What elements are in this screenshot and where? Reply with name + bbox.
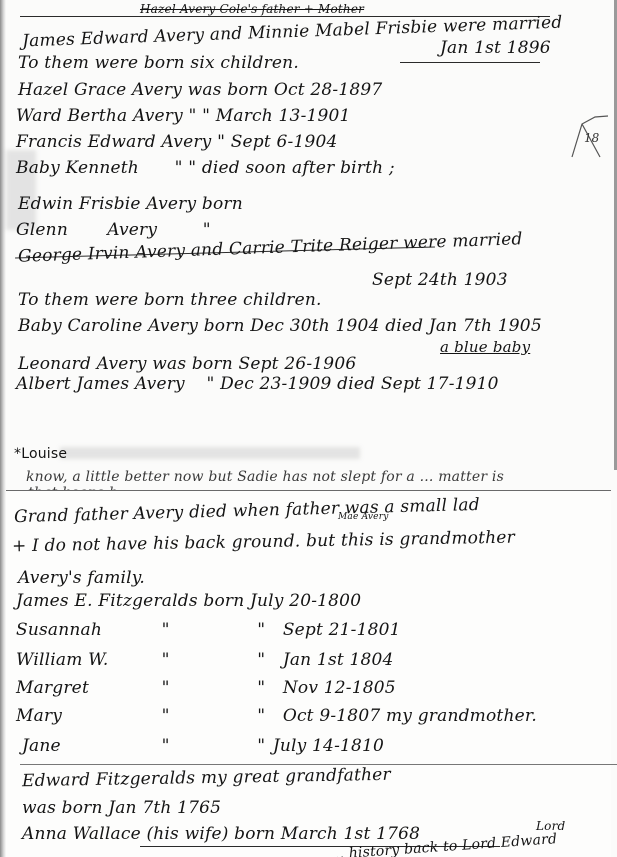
fitzgerald-row: Jane " " July 14-1810 (22, 738, 582, 755)
scan-smudge (60, 447, 360, 459)
header-note: Hazel Avery Cole's father + Mother (140, 3, 364, 15)
birth-date: Jan 1st 1804 (283, 650, 394, 670)
person-name: Mary (16, 708, 156, 725)
letter-fragment-line: know, a little better now but Sadie has … (26, 470, 504, 484)
blue-baby-note: a blue baby (440, 340, 530, 355)
child-name: Glenn Avery (16, 220, 157, 240)
child-row: Francis Edward Avery " Sept 6-1904 (16, 134, 338, 151)
ditto: " (162, 622, 252, 639)
ditto: " (257, 708, 277, 725)
marriage-date-1: Jan 1st 1896 (440, 40, 551, 57)
fitzgerald-row: Mary " " Oct 9-1807 my grandmother. (16, 708, 616, 725)
insert-word: Lord (536, 820, 565, 832)
child-detail: " Sept 6-1904 (217, 132, 337, 152)
louise-label: *Louise (14, 447, 67, 461)
child-detail: was born Sept 26-1906 (152, 354, 356, 374)
child-detail: " Dec 23-1909 died Sept 17-1910 (206, 374, 498, 394)
child-row: Edwin Frisbie Avery born (18, 196, 243, 213)
born-word: born (203, 591, 244, 611)
child-row: Leonard Avery was born Sept 26-1906 (18, 356, 356, 373)
child-name: Hazel Grace Avery (18, 80, 182, 100)
child-name: Leonard Avery (18, 354, 147, 374)
marriage-date-2: Sept 24th 1903 (372, 272, 508, 289)
birth-date: Sept 21-1801 (283, 620, 401, 640)
child-row: Albert James Avery " Dec 23-1909 died Se… (16, 376, 499, 393)
children-intro-1: To them were born six children. (18, 55, 299, 72)
relation-note: my grandmother. (386, 706, 537, 726)
child-row: Ward Bertha Avery " " March 13-1901 (16, 108, 351, 125)
child-row: Glenn Avery " (16, 222, 211, 239)
person-name: Jane (22, 738, 156, 755)
child-row: Hazel Grace Avery was born Oct 28-1897 (18, 82, 382, 99)
children-intro-2: To them were born three children. (18, 292, 322, 309)
ditto: " (257, 738, 267, 755)
paragraph-line: Avery's family. (18, 570, 145, 587)
ditto: " (257, 680, 277, 697)
child-detail: " " died soon after birth ; (175, 158, 395, 178)
child-row: Baby Kenneth " " died soon after birth ; (16, 160, 395, 177)
fitzgerald-row: William W. " " Jan 1st 1804 (16, 652, 576, 669)
child-row: Baby Caroline Avery born Dec 30th 1904 d… (18, 318, 542, 335)
person-name: William W. (16, 652, 156, 669)
underline (400, 62, 540, 63)
ditto: " (162, 652, 252, 669)
birth-date: July 20-1800 (250, 591, 361, 611)
fitzgerald-row: James E. Fitzgeralds born July 20-1800 (16, 593, 361, 610)
child-detail: " " March 13-1901 (189, 106, 351, 126)
insert-note: Mae Avery (338, 513, 389, 522)
birth-date: July 14-1810 (273, 736, 384, 756)
child-detail: born (202, 194, 243, 214)
ditto: " (257, 652, 277, 669)
child-name: Francis Edward Avery (16, 132, 211, 152)
born-line: was born Jan 7th 1765 (22, 800, 221, 817)
section-rule (20, 764, 617, 765)
birth-date: Oct 9-1807 (283, 706, 381, 726)
child-detail: was born Oct 28-1897 (188, 80, 383, 100)
child-detail: born Dec 30th 1904 died Jan 7th 1905 (204, 316, 542, 336)
ditto: " (162, 708, 252, 725)
wife-line: Anna Wallace (his wife) born March 1st 1… (22, 826, 420, 843)
fitzgerald-row: Susannah " " Sept 21-1801 (16, 622, 576, 639)
ditto: " (257, 622, 277, 639)
scanned-page: Hazel Avery Cole's father + Mother James… (0, 0, 617, 857)
fitzgerald-row: Margret " " Nov 12-1805 (16, 680, 576, 697)
ditto: " (162, 680, 252, 697)
person-name: Susannah (16, 622, 156, 639)
child-name: Albert James Avery (16, 374, 185, 394)
child-name: Baby Caroline Avery (18, 316, 198, 336)
child-detail: " (203, 220, 211, 240)
child-name: Ward Bertha Avery (16, 106, 183, 126)
person-name: James E. Fitzgeralds (16, 591, 198, 611)
child-name: Edwin Frisbie Avery (18, 194, 196, 214)
birth-date: Nov 12-1805 (283, 678, 396, 698)
person-name: Margret (16, 680, 156, 697)
corner-mark-scribble: 18 (570, 112, 610, 162)
svg-text:18: 18 (584, 131, 600, 145)
child-name: Baby Kenneth (16, 158, 139, 178)
ditto: " (162, 738, 252, 755)
